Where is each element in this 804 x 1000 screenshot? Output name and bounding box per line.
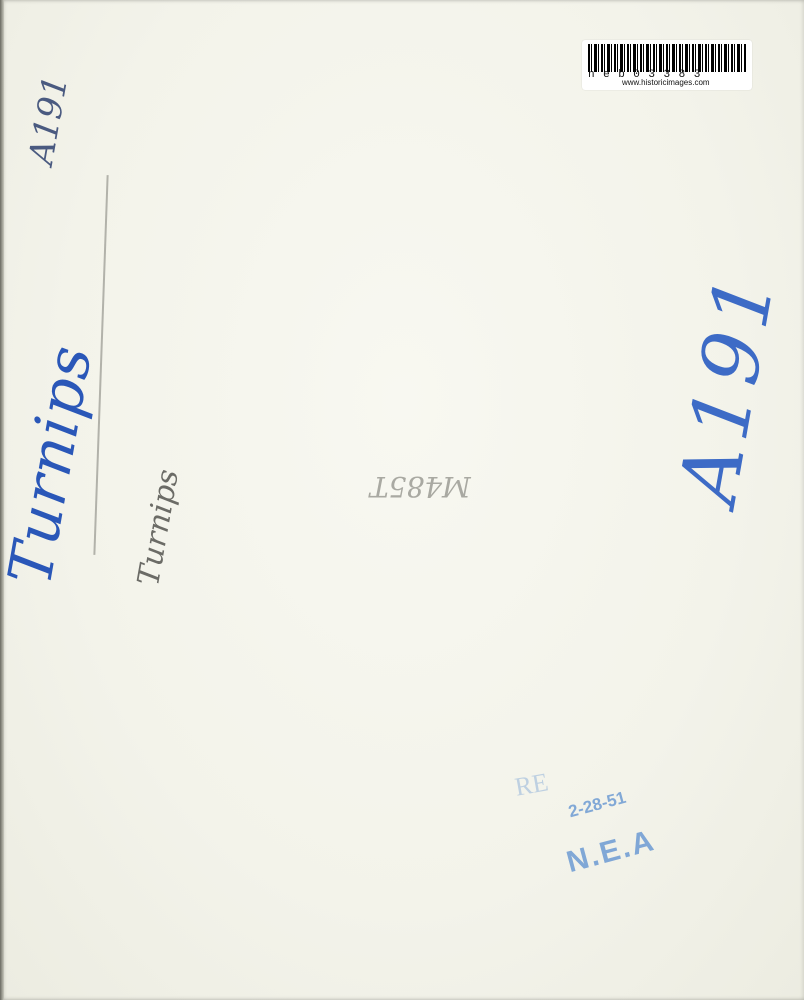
barcode-url: www.historicimages.com: [622, 78, 710, 87]
paper-left-edge: [0, 0, 4, 1000]
barcode-label: neb03383 www.historicimages.com: [582, 40, 752, 90]
barcode-icon: [588, 44, 746, 72]
handwritten-center-code: M485T: [370, 470, 471, 503]
stamp-partial-text: RE: [513, 767, 551, 802]
